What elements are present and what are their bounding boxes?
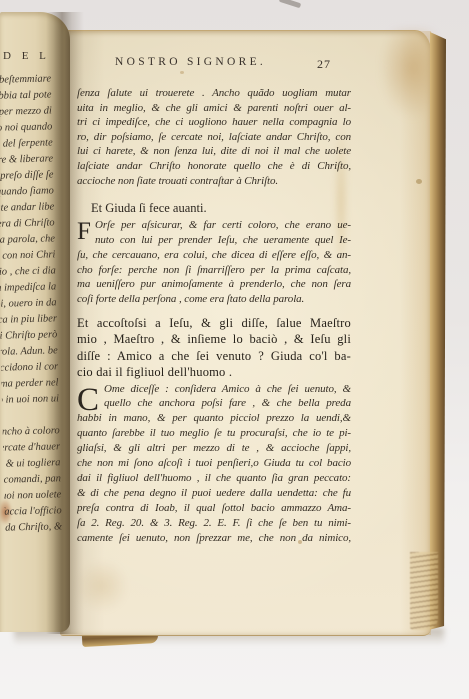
background-mark <box>279 0 301 8</box>
text-line: preſa contra di Ioab, il qual ſottol bac… <box>77 501 351 516</box>
left-page-text-fragment: arola. Adun. be <box>1 343 58 360</box>
left-page-text-fragment: l capo del ſerpente <box>0 135 53 152</box>
left-page-text-fragment: da Chriſto, & <box>5 519 62 536</box>
text-line: laſciate andar Chriſto honorate quello c… <box>77 159 351 174</box>
left-page-text-fragment <box>2 407 59 424</box>
text-line: ma ueniſſero pur animoſamente à prenderl… <box>77 277 351 292</box>
page-leaves-corner <box>410 552 438 630</box>
left-page-text-fragment: laſciate andar libe <box>0 199 54 216</box>
text-line: ſenza ſalute ui trouerete . Ancho quãdo … <box>77 86 351 101</box>
text-line: habbi in mano, & per quanto picciol prez… <box>77 411 351 426</box>
text-line: cho forſe: perche non ſi ſmarriſſero per… <box>77 263 351 278</box>
text-line: ro, dir poſsiamo, ſe cercate noi, laſcia… <box>77 130 351 145</box>
paragraph-5: C Ome diceſſe : conſidera Amico à che ſe… <box>77 382 351 546</box>
left-page-text-fragment: ana habbia tal pote <box>0 87 52 104</box>
left-page-text-column: on beſtemmiareana habbia tal poteriſto p… <box>0 71 63 568</box>
paragraph-3: F Orſe per aſsicurar, & far certi coloro… <box>77 218 351 307</box>
text-line: camente ſei uenuto, non ſprezzar me, che… <box>77 531 351 546</box>
text-line: Ome diceſſe : conſidera Amico à che ſei … <box>77 382 351 397</box>
text-line: lui ci harete, & non ſenza lui, dite di … <box>77 144 351 159</box>
left-page-text-fragment: creſca in piu liber <box>0 311 57 328</box>
drop-cap-f: F <box>77 219 91 245</box>
paragraph-2: Et Giuda ſi fece auanti. <box>77 201 351 216</box>
text-line: accioche non ſiate trouati contraſtar à … <box>77 174 351 189</box>
text-line: nuto con lui per prender Ieſu, che ueram… <box>77 233 351 248</box>
text-line: ſa 2. Reg. 20. & 3. Reg. 2. E. F. ſi che… <box>77 516 351 531</box>
text-line: quello che anchora poſsi fare , & che be… <box>77 396 351 411</box>
left-page-text-fragment: ri comandi, pan <box>4 471 61 488</box>
text-line: ſu, che cercauano, era colui, che dicea … <box>77 248 351 263</box>
paragraph-5-lines: Ome diceſſe : conſidera Amico à che ſei … <box>77 382 351 546</box>
left-running-header: D E L <box>3 50 50 62</box>
header-row: NOSTRO SIGNORE. 27 <box>77 56 351 72</box>
left-page-text-fragment: on beſtemmiare <box>0 71 51 88</box>
lower-stain <box>74 551 144 621</box>
text-line: dai il figliuol dell'huomo , il che quan… <box>77 471 351 486</box>
text-line: quanto ſarebbe il tuo meglio ſe tu procu… <box>77 426 351 441</box>
left-page-text-fragment: ra & ui togliera <box>3 455 60 472</box>
left-page-text-fragment: la di Chriſto però <box>0 327 57 344</box>
text-line: diſſe : Amico a che ſei venuto ? Giuda c… <box>77 348 351 364</box>
left-page-text-fragment: o noi quando ſiamo <box>0 183 54 200</box>
text-line: uita in meglio, & che gli amici & parent… <box>77 101 351 116</box>
left-page-text-fragment: riſto per mezzo di <box>0 103 52 120</box>
left-page-text-fragment: he Dio noi quando <box>0 119 52 136</box>
text-line: coſi forte della perſona , come era ſtat… <box>77 292 351 307</box>
left-page: D E L on beſtemmiareana habbia tal poter… <box>0 12 70 632</box>
left-page-text-fragment: anima perder nel <box>1 375 58 392</box>
left-page-text-fragment: uoi non uolete <box>4 487 61 504</box>
paragraph-1: ſenza ſalute ui trouerete . Ancho quãdo … <box>77 86 351 188</box>
edge-stain-band <box>400 31 431 635</box>
left-page-text-fragment: cercate d'hauer <box>3 439 60 456</box>
book-photo: { "photo": { "background_color": "#e7e3e… <box>0 0 469 699</box>
text-line: Orſe per aſsicurar, & far certi coloro, … <box>77 218 351 233</box>
fore-edge <box>430 32 446 632</box>
running-header: NOSTRO SIGNORE. <box>115 56 266 68</box>
paragraph-4: Et accoſtoſsi a Ieſu, & gli diſſe, ſalue… <box>77 315 351 381</box>
text-line: tri ci impediſce, che ci uogliono hauer … <box>77 115 351 130</box>
page-number: 27 <box>317 57 331 72</box>
text-line: Et accoſtoſsi a Ieſu, & gli diſſe, ſalue… <box>77 315 351 331</box>
drop-cap-c: C <box>77 384 99 416</box>
left-page-text-fragment: in noi, ouero in da <box>0 295 57 312</box>
left-page-text-fragment: Dio , che ci dia <box>0 263 56 280</box>
text-line: mio , Maeſtro , & inſieme lo baciò , & I… <box>77 331 351 347</box>
text-line: gliaſsi, & gli altri per mezzo di te , &… <box>77 441 351 456</box>
left-page-text-fragment: eſſer preſo diſſe ſe <box>0 167 54 184</box>
left-page-text-fragment: non impediſca la <box>0 279 56 296</box>
printed-text-block: NOSTRO SIGNORE. 27 ſenza ſalute ui troue… <box>77 56 351 546</box>
foxing-spot <box>416 179 422 184</box>
paragraph-3-lines: Orſe per aſsicurar, & far certi coloro, … <box>77 218 351 307</box>
text-line: cio dai il figliuol dell'huomo . <box>77 364 351 380</box>
left-page-text-fragment: faccia l'officio <box>5 503 62 520</box>
left-page-text-fragment: riſto in uoi non ui <box>2 391 59 408</box>
left-page-text-fragment: mpre con noi Chri <box>0 247 56 264</box>
text-line: & di che pena degno il puoi uedere dalla… <box>77 486 351 501</box>
left-page-text-fragment: he uccidono il cor <box>1 359 58 376</box>
left-page-text-fragment: opera di Chriſto <box>0 215 55 232</box>
text-line: che non mi ſono aſcoſi i tuoi penſieri,o… <box>77 456 351 471</box>
left-page-text-fragment: pia la parola, che <box>0 231 55 248</box>
left-page-text-fragment: gliere & liberare <box>0 151 53 168</box>
left-page-text-fragment: ri ancho à coloro <box>3 423 60 440</box>
